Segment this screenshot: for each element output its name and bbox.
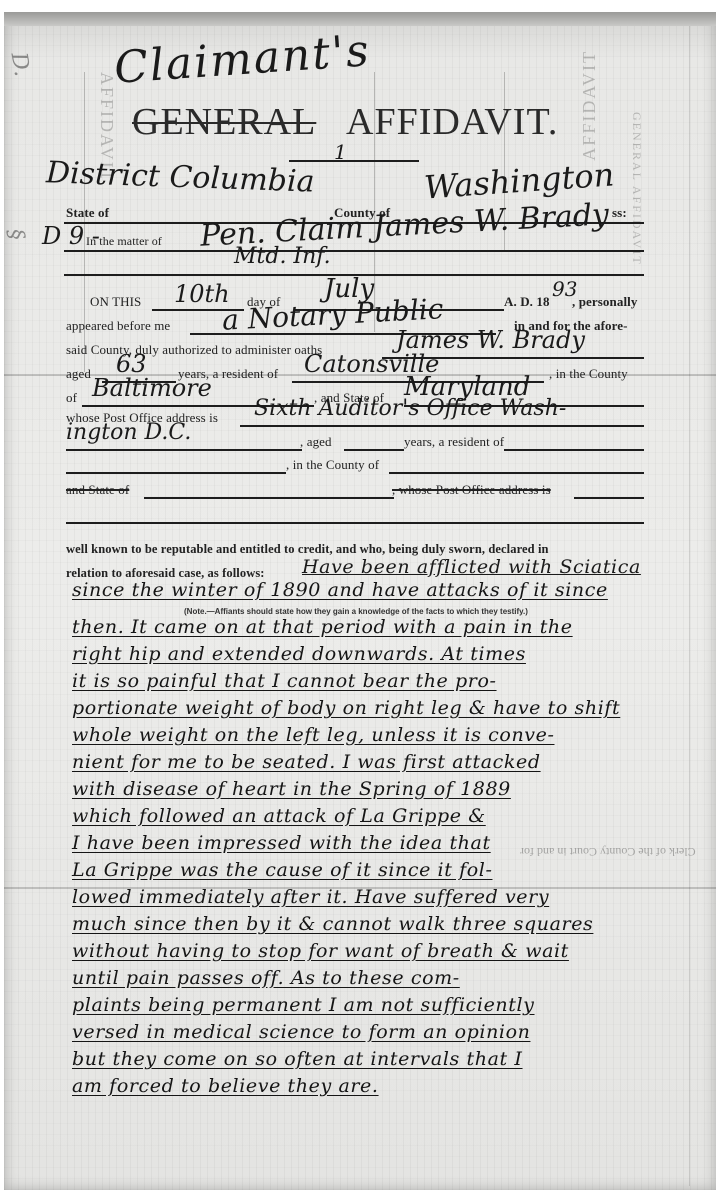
aged-label: aged xyxy=(66,366,91,382)
statement-line: plaints being permanent I am not suffici… xyxy=(72,994,592,1016)
statement-line: with disease of heart in the Spring of 1… xyxy=(72,778,592,800)
rule xyxy=(240,425,644,427)
in-county-label: , in the County xyxy=(549,366,628,382)
statement-line: whole weight on the left leg, unless it … xyxy=(72,724,592,746)
statement-line: until pain passes off. As to these com- xyxy=(72,967,592,989)
rule xyxy=(64,250,644,252)
statement-line: right hip and extended downwards. At tim… xyxy=(72,643,592,665)
statement-line: without having to stop for want of breat… xyxy=(72,940,592,962)
and-state2-label: and State of xyxy=(66,482,129,498)
margin-handwriting: § xyxy=(2,227,29,242)
statement-line: versed in medical science to form an opi… xyxy=(72,1021,592,1043)
rule xyxy=(144,497,394,499)
statement-line: lowed immediately after it. Have suffere… xyxy=(72,886,592,908)
title-rule xyxy=(289,160,419,162)
of-label: of xyxy=(66,390,77,406)
declaration-note: (Note.—Affiants should state how they ga… xyxy=(184,607,528,616)
statement-line: it is so painful that I cannot bear the … xyxy=(72,670,592,692)
margin-handwriting: D. xyxy=(6,51,35,79)
in-county2-label: , in the County of xyxy=(286,457,379,473)
appeared-label: appeared before me xyxy=(66,318,170,334)
aged2-label: , aged xyxy=(300,434,332,450)
statement-line: I have been impressed with the idea that xyxy=(72,832,592,854)
state-value: District Columbia xyxy=(45,155,315,199)
bleed-side-text: AFFIDAVIT xyxy=(579,50,600,161)
title-mark: 1 xyxy=(334,140,347,164)
county2-value: Baltimore xyxy=(92,374,212,402)
years2-label: years, a resident of xyxy=(404,434,504,450)
statement-line: portionate weight of body on right leg &… xyxy=(72,697,592,719)
statement-line: am forced to believe they are. xyxy=(72,1075,592,1097)
bleed-rule xyxy=(689,26,690,1186)
rule xyxy=(66,522,644,524)
po-value: Sixth Auditor's Office Wash- xyxy=(254,396,566,421)
on-this-label: ON THIS xyxy=(90,294,141,310)
title-affidavit: AFFIDAVIT. xyxy=(346,100,558,144)
ss-label: ss: xyxy=(612,205,627,221)
rule xyxy=(344,449,404,451)
matter-value-line2: Mtd. Inf. xyxy=(234,244,331,269)
statement-line: but they come on so often at intervals t… xyxy=(72,1048,592,1070)
scan-top-edge xyxy=(4,12,716,26)
ad-label: A. D. 18 xyxy=(504,294,550,310)
po2-label: , whose Post Office address is xyxy=(392,482,551,498)
po-value-line2: ington D.C. xyxy=(66,420,191,445)
affidavit-page: AFFIDAVIT AFFIDAVIT GENERAL AFFIDAVIT D.… xyxy=(4,12,716,1190)
rule xyxy=(574,497,644,499)
title-struck-general: GENERAL xyxy=(132,100,316,144)
bleed-side-text: GENERAL AFFIDAVIT xyxy=(629,112,644,266)
statement-line: La Grippe was the cause of it since it f… xyxy=(72,859,592,881)
rule xyxy=(66,472,286,474)
said-county-label: said County, duly authorized to administ… xyxy=(66,342,322,358)
statement-line: which followed an attack of La Grippe & xyxy=(72,805,592,827)
statement-line: then. It came on at that period with a p… xyxy=(72,616,592,638)
declaration-line1: well known to be reputable and entitled … xyxy=(66,542,549,557)
statement-line: nient for me to be seated. I was first a… xyxy=(72,751,592,773)
rule xyxy=(66,449,302,451)
matter-label: In the matter of xyxy=(86,234,162,249)
statement-line: much since then by it & cannot walk thre… xyxy=(72,913,592,935)
statement-line: since the winter of 1890 and have attack… xyxy=(72,579,592,601)
statement-line: Have been afflicted with Sciatica xyxy=(302,556,641,578)
rule xyxy=(504,449,644,451)
personally-label: , personally xyxy=(572,294,637,310)
rule xyxy=(389,472,644,474)
state-label: State of xyxy=(66,205,109,221)
title-handwritten: Claimant's xyxy=(113,25,373,94)
